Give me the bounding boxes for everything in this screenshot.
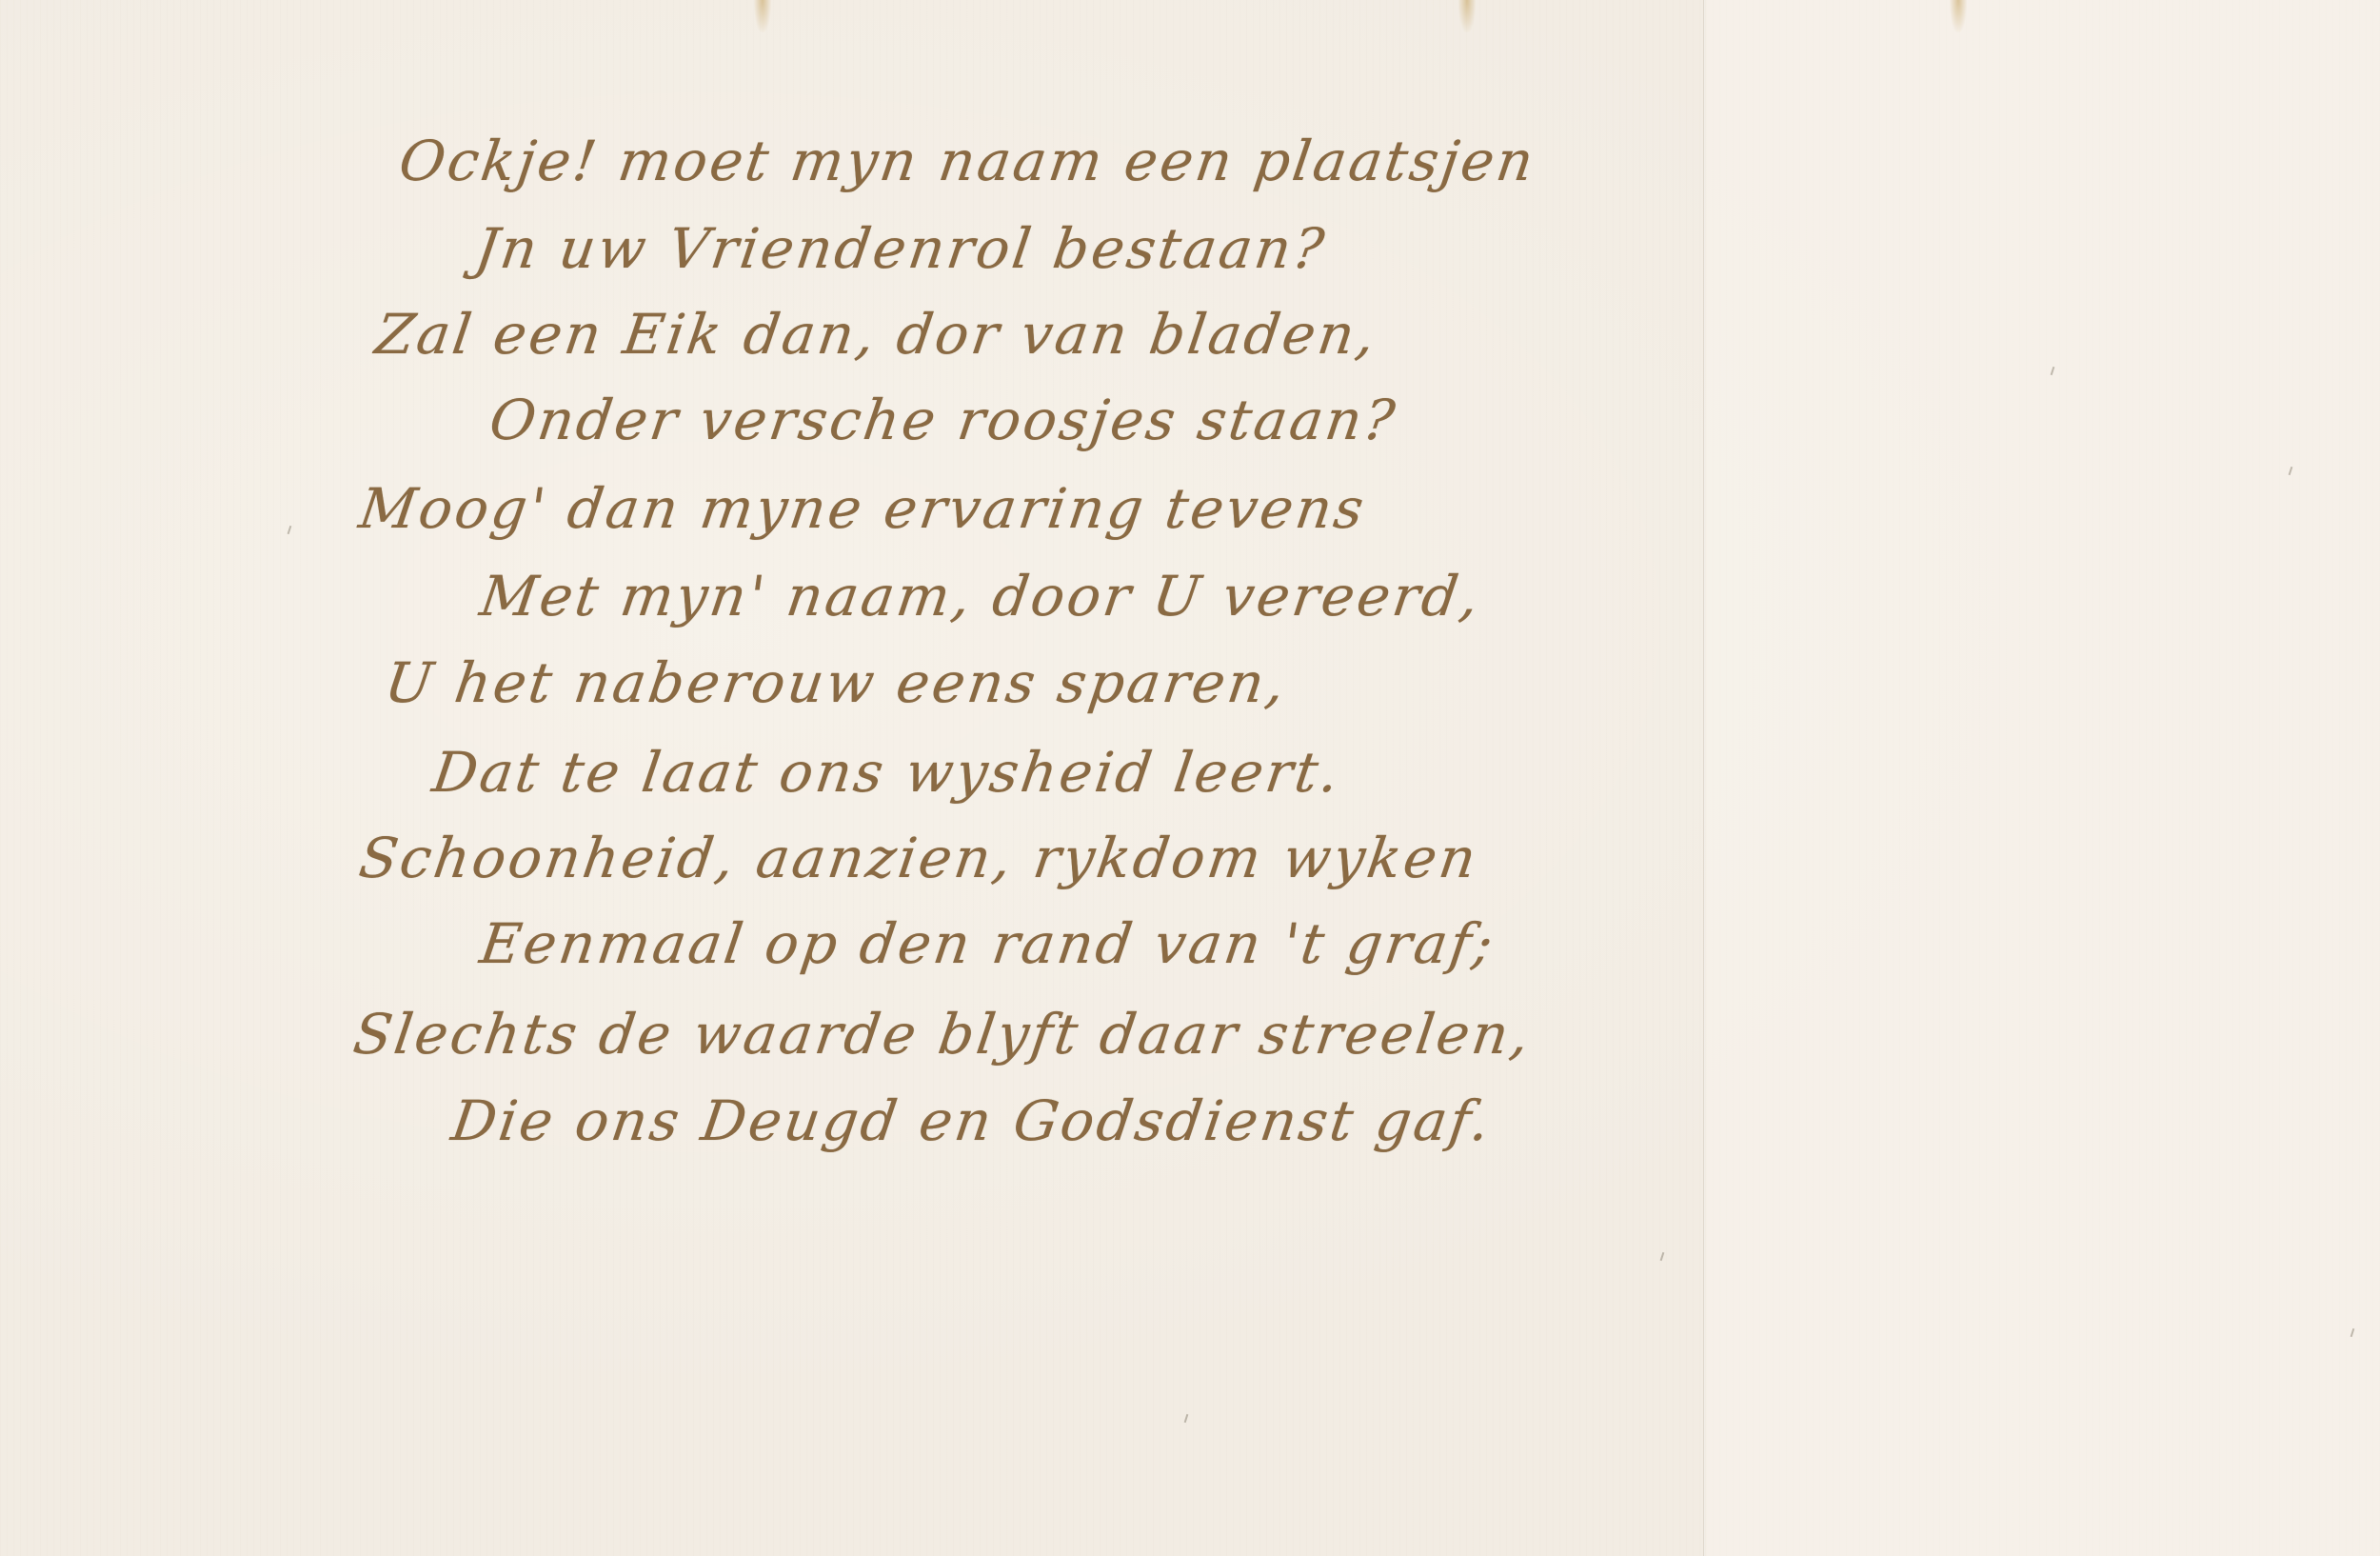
manuscript-sheet: Ockje! moet myn naam een plaatsjen Jn uw… xyxy=(0,0,2380,1556)
verse-line-3: Zal een Eik dan, dor van bladen, xyxy=(372,307,1381,362)
verse-line-12: Die ons Deugd en Godsdienst gaf. xyxy=(448,1093,1496,1148)
right-page-blank xyxy=(1706,0,2380,1556)
verse-line-6: Met myn' naam, door U vereerd, xyxy=(477,569,1485,624)
verse-line-5: Moog' dan myne ervaring tevens xyxy=(356,481,1370,536)
foxing-stain xyxy=(1950,0,1967,32)
verse-line-1: Ockje! moet myn naam een plaatsjen xyxy=(396,133,1539,189)
verse-line-7: U het naberouw eens sparen, xyxy=(382,655,1291,710)
verse-line-9: Schoonheid, aanzien, rykdom wyken xyxy=(356,830,1482,886)
verse-line-4: Onder versche roosjes staan? xyxy=(486,392,1400,448)
poem: Ockje! moet myn naam een plaatsjen Jn uw… xyxy=(0,0,1704,1556)
verse-line-2: Jn uw Vriendenrol bestaan? xyxy=(472,221,1330,276)
verse-line-10: Eenmaal op den rand van 't graf; xyxy=(477,916,1499,971)
verse-line-8: Dat te laat ons wysheid leert. xyxy=(429,745,1345,800)
verse-line-11: Slechts de waarde blyft daar streelen, xyxy=(350,1007,1536,1062)
